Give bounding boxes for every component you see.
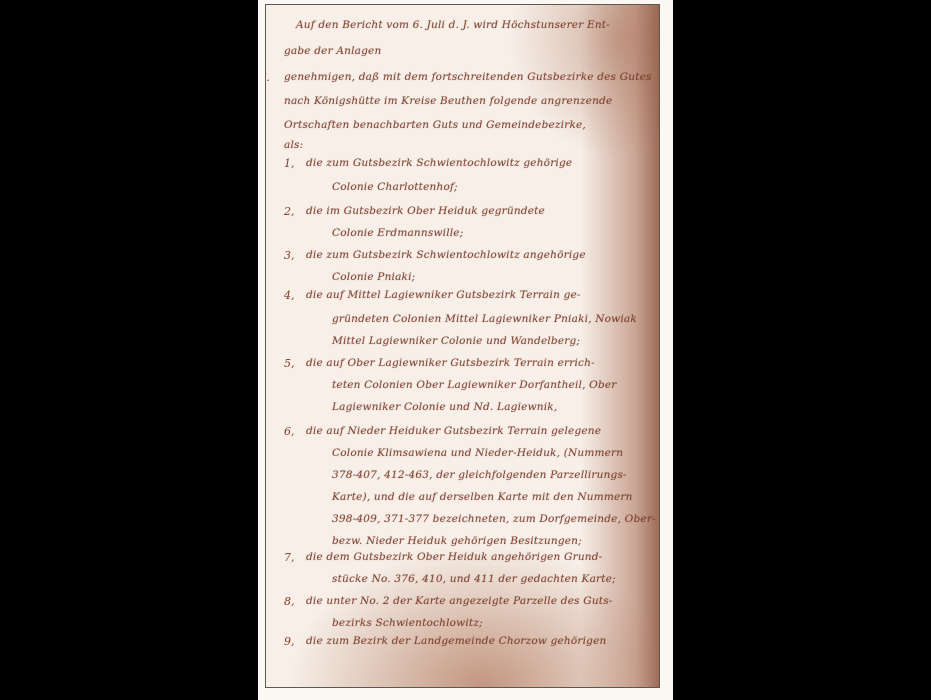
manuscript-line: die im Gutsbezirk Ober Heiduk gegründete — [306, 205, 545, 217]
manuscript-line: Karte), und die auf derselben Karte mit … — [332, 491, 633, 503]
manuscript-line: 398-409, 371-377 bezeichneten, zum Dorfg… — [332, 513, 656, 525]
manuscript-line: die unter No. 2 der Karte angezeigte Par… — [306, 595, 613, 607]
manuscript-line: nach Königshütte im Kreise Beuthen folge… — [284, 95, 612, 107]
manuscript-line: die zum Gutsbezirk Schwientochlowitz ang… — [306, 249, 586, 261]
item-number: 5, — [284, 357, 295, 370]
manuscript-line: genehmigen, daß mit dem fortschreitenden… — [284, 71, 652, 83]
manuscript-line: Ortschaften benachbarten Guts und Gemein… — [284, 119, 586, 131]
item-number: 6, — [284, 425, 295, 438]
manuscript-line: die dem Gutsbezirk Ober Heiduk angehörig… — [306, 551, 602, 563]
manuscript-line: bezirks Schwientochlowitz; — [332, 617, 483, 629]
item-number: 4, — [284, 289, 295, 302]
manuscript-line: Auf den Bericht vom 6. Juli d. J. wird H… — [296, 19, 610, 31]
manuscript-line: die auf Nieder Heiduker Gutsbezirk Terra… — [306, 425, 601, 437]
item-number: 3, — [284, 249, 295, 262]
manuscript-line: teten Colonien Ober Lagiewniker Dorfanth… — [332, 379, 617, 391]
manuscript-line: Colonie Erdmannswille; — [332, 227, 463, 239]
manuscript-line: Colonie Pniaki; — [332, 271, 415, 283]
manuscript-photo: Auf den Bericht vom 6. Juli d. J. wird H… — [265, 4, 660, 688]
item-number: 8, — [284, 595, 295, 608]
document-frame: Auf den Bericht vom 6. Juli d. J. wird H… — [258, 0, 673, 700]
manuscript-line: stücke No. 376, 410, und 411 der gedacht… — [332, 573, 616, 585]
manuscript-line: Lagiewniker Colonie und Nd. Lagiewnik, — [332, 401, 557, 413]
item-number: 1, — [284, 157, 295, 170]
manuscript-line: bezw. Nieder Heiduk gehörigen Besitzunge… — [332, 535, 582, 547]
manuscript-line: als: — [284, 139, 303, 151]
manuscript-line: 378-407, 412-463, der gleichfolgenden Pa… — [332, 469, 627, 481]
manuscript-line: gabe der Anlagen — [284, 45, 381, 57]
manuscript-line: Colonie Klimsawiena und Nieder-Heiduk, (… — [332, 447, 623, 459]
item-number: 7, — [284, 551, 295, 564]
manuscript-line: Mittel Lagiewniker Colonie und Wandelber… — [332, 335, 580, 347]
item-number: 2, — [284, 205, 295, 218]
manuscript-line: die zum Gutsbezirk Schwientochlowitz geh… — [306, 157, 572, 169]
manuscript-line: gründeten Colonien Mittel Lagiewniker Pn… — [332, 313, 637, 325]
item-number: 9, — [284, 635, 295, 648]
manuscript-line: die auf Ober Lagiewniker Gutsbezirk Terr… — [306, 357, 595, 369]
manuscript-line: Colonie Charlottenhof; — [332, 181, 458, 193]
item-number: I. — [265, 71, 270, 84]
manuscript-line: die zum Bezirk der Landgemeinde Chorzow … — [306, 635, 606, 647]
manuscript-line: die auf Mittel Lagiewniker Gutsbezirk Te… — [306, 289, 581, 301]
